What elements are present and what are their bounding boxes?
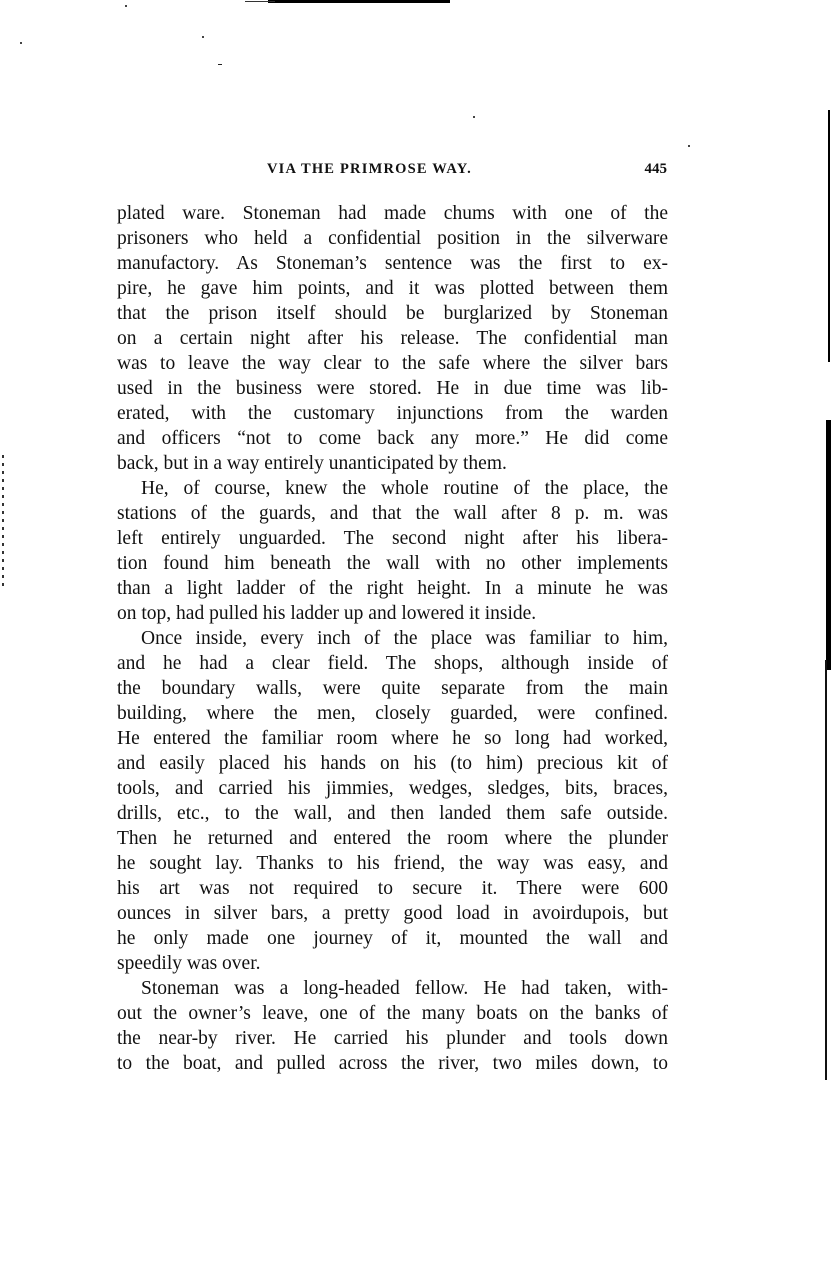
text-line: to the boat, and pulled across the river… [117, 1051, 668, 1076]
text-line: stations of the guards, and that the wal… [117, 501, 668, 526]
scan-speck [125, 5, 127, 7]
scan-speck [688, 145, 690, 147]
text-line: the near-by river. He carried his plunde… [117, 1026, 668, 1051]
text-line: Once inside, every inch of the place was… [117, 626, 668, 651]
text-line: He entered the familiar room where he so… [117, 726, 668, 751]
text-line: and easily placed his hands on his (to h… [117, 751, 668, 776]
scan-dash-mark [218, 64, 222, 65]
text-line: prisoners who held a confidential positi… [117, 226, 668, 251]
paragraph: plated ware. Stoneman had made chums wit… [117, 201, 668, 476]
paragraph: Once inside, every inch of the place was… [117, 626, 668, 976]
scan-speck [202, 36, 204, 38]
text-line: that the prison itself should be burglar… [117, 301, 668, 326]
text-line: the boundary walls, were quite separate … [117, 676, 668, 701]
paragraph: He, of course, knew the whole routine of… [117, 476, 668, 626]
text-line: pire, he gave him points, and it was plo… [117, 276, 668, 301]
running-head: VIA THE PRIMROSE WAY. 445 [117, 161, 667, 183]
text-line: on a certain night after his release. Th… [117, 326, 668, 351]
text-line: than a light ladder of the right height.… [117, 576, 668, 601]
scan-right-edge-line-lower [825, 660, 827, 1080]
running-title: VIA THE PRIMROSE WAY. [267, 161, 472, 178]
scan-top-rule-thin [245, 1, 275, 2]
scan-top-rule [268, 0, 450, 3]
text-line: Stoneman was a long-headed fellow. He ha… [117, 976, 668, 1001]
text-line: drills, etc., to the wall, and then land… [117, 801, 668, 826]
scan-right-edge-line [828, 112, 830, 362]
text-line: used in the business were stored. He in … [117, 376, 668, 401]
scan-speck [473, 116, 475, 118]
body-text: plated ware. Stoneman had made chums wit… [117, 201, 668, 1076]
text-line: left entirely unguarded. The second nigh… [117, 526, 668, 551]
text-line: ounces in silver bars, a pretty good loa… [117, 901, 668, 926]
text-line: Then he returned and entered the room wh… [117, 826, 668, 851]
text-line: and officers “not to come back any more.… [117, 426, 668, 451]
text-line: tools, and carried his jimmies, wedges, … [117, 776, 668, 801]
text-line: tion found him beneath the wall with no … [117, 551, 668, 576]
text-line: on top, had pulled his ladder up and low… [117, 601, 668, 626]
text-line: erated, with the customary injunctions f… [117, 401, 668, 426]
text-line: was to leave the way clear to the safe w… [117, 351, 668, 376]
text-line: plated ware. Stoneman had made chums wit… [117, 201, 668, 226]
scan-left-edge-dots [2, 455, 4, 590]
page-number: 445 [645, 161, 668, 178]
text-line: and he had a clear field. The shops, alt… [117, 651, 668, 676]
text-line: speedily was over. [117, 951, 668, 976]
text-line: he only made one journey of it, mounted … [117, 926, 668, 951]
text-line: He, of course, knew the whole routine of… [117, 476, 668, 501]
paragraph: Stoneman was a long-headed fellow. He ha… [117, 976, 668, 1076]
text-line: back, but in a way entirely unanticipate… [117, 451, 668, 476]
text-line: his art was not required to secure it. T… [117, 876, 668, 901]
text-line: building, where the men, closely guarded… [117, 701, 668, 726]
scan-right-edge-shadow [826, 420, 831, 670]
text-line: manufactory. As Stoneman’s sentence was … [117, 251, 668, 276]
text-line: out the owner’s leave, one of the many b… [117, 1001, 668, 1026]
text-line: he sought lay. Thanks to his friend, the… [117, 851, 668, 876]
scan-speck [20, 42, 22, 44]
